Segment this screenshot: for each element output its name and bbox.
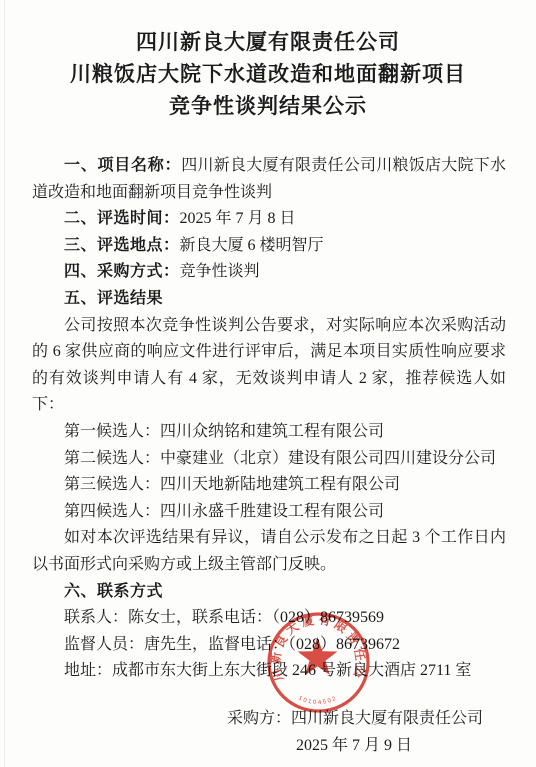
- para-candidate-3: 第三候选人：四川天地新陆地建筑工程有限公司: [32, 472, 506, 499]
- section-text: 竞争性谈判: [180, 263, 260, 280]
- para-supervisor: 监督人员：唐先生，监督电话：（028）86739672: [32, 632, 506, 659]
- section-text: 地址：成都市东大街上东大街段 246 号新良大酒店 2711 室: [64, 662, 471, 679]
- para-result-body: 公司按照本次竞争性谈判公告要求，对实际响应本次采购活动的 6 家供应商的响应文件…: [32, 313, 506, 419]
- title-line-2: 川粮饭店大院下水道改造和地面翻新项目: [0, 58, 536, 90]
- para-project-name: 一、项目名称：四川新良大厦有限责任公司川粮饭店大院下水道改造和地面翻新项目竞争性…: [32, 153, 506, 206]
- para-address: 地址：成都市东大街上东大街段 246 号新良大酒店 2711 室: [32, 658, 506, 685]
- purchaser-line: 采购方：四川新良大厦有限责任公司: [0, 705, 536, 732]
- para-review-time: 二、评选时间：2025 年 7 月 8 日: [32, 206, 506, 233]
- document-body: 一、项目名称：四川新良大厦有限责任公司川粮饭店大院下水道改造和地面翻新项目竞争性…: [32, 153, 506, 685]
- document-page: 四川新良大厦有限责任公司 川粮饭店大院下水道改造和地面翻新项目 竞争性谈判结果公…: [0, 0, 536, 767]
- section-label: 四、采购方式：: [64, 263, 180, 280]
- section-text: 第一候选人：四川众纳铭和建筑工程有限公司: [64, 423, 384, 440]
- para-objection: 如对本次评选结果有异议，请自公示发布之日起 3 个工作日内以书面形式向采购方或上…: [32, 525, 506, 578]
- para-contact-heading: 六、联系方式: [32, 579, 506, 606]
- section-text: 监督人员：唐先生，监督电话：（028）86739672: [64, 636, 400, 653]
- para-procure-method: 四、采购方式：竞争性谈判: [32, 259, 506, 286]
- section-label: 二、评选时间：: [64, 210, 180, 227]
- section-text: 联系人：陈女士，联系电话：（028）86739569: [64, 609, 384, 626]
- section-text: 第三候选人：四川天地新陆地建筑工程有限公司: [64, 476, 400, 493]
- signature-date-line: 2025 年 7 月 9 日: [0, 732, 536, 759]
- para-candidate-2: 第二候选人：中豪建业（北京）建设有限公司四川建设分公司: [32, 446, 506, 473]
- section-text: 公司按照本次竞争性谈判公告要求，对实际响应本次采购活动的 6 家供应商的响应文件…: [32, 317, 506, 414]
- section-label: 一、项目名称：: [64, 157, 181, 174]
- section-text: 第四候选人：四川永盛千胜建设工程有限公司: [64, 503, 384, 520]
- para-candidate-1: 第一候选人：四川众纳铭和建筑工程有限公司: [32, 419, 506, 446]
- section-text: 第二候选人：中豪建业（北京）建设有限公司四川建设分公司: [64, 450, 496, 467]
- para-contact-person: 联系人：陈女士，联系电话：（028）86739569: [32, 605, 506, 632]
- scan-edge-line: [4, 0, 5, 767]
- title-line-3: 竞争性谈判结果公示: [0, 90, 536, 122]
- section-text: 如对本次评选结果有异议，请自公示发布之日起 3 个工作日内以书面形式向采购方或上…: [32, 529, 506, 573]
- section-label: 五、评选结果: [64, 290, 163, 307]
- para-candidate-4: 第四候选人：四川永盛千胜建设工程有限公司: [32, 499, 506, 526]
- para-result-heading: 五、评选结果: [32, 286, 506, 313]
- document-title: 四川新良大厦有限责任公司 川粮饭店大院下水道改造和地面翻新项目 竞争性谈判结果公…: [0, 0, 536, 122]
- signature-block: 采购方：四川新良大厦有限责任公司 2025 年 7 月 9 日: [0, 705, 536, 759]
- section-label: 六、联系方式: [64, 583, 163, 600]
- title-line-1: 四川新良大厦有限责任公司: [0, 26, 536, 58]
- para-review-place: 三、评选地点：新良大厦 6 楼明智厅: [32, 233, 506, 260]
- section-text: 新良大厦 6 楼明智厅: [180, 237, 324, 254]
- section-label: 三、评选地点：: [64, 237, 180, 254]
- section-text: 2025 年 7 月 8 日: [180, 210, 296, 227]
